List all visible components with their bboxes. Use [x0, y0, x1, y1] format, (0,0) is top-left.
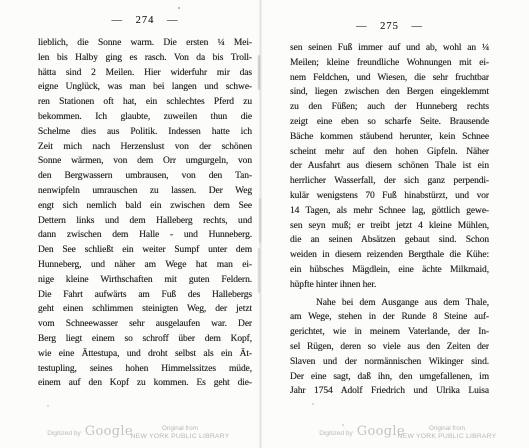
library-name: NEW YORK PUBLIC LIBRARY — [392, 433, 502, 441]
page-header: — 275 — — [290, 21, 489, 32]
text-line: der Ausfahrt aus diesem schönen Thale is… — [290, 159, 489, 174]
text-line: sen seyn muß; er treibt jetzt 4 kleine M… — [290, 219, 489, 234]
library-name: NEW YORK PUBLIC LIBRARY — [125, 433, 235, 441]
page-274: — 274 — lieblich, die Sonne warm. Die er… — [0, 0, 259, 448]
text-line: nige kleine Wirthschaften mit guten Feld… — [38, 273, 252, 288]
text-line: Nahe bei dem Ausgange aus dem Thale, — [290, 296, 489, 311]
scan-speck — [178, 7, 180, 9]
digitized-by-label: Digitized by — [319, 430, 353, 437]
original-from-label: Original from — [125, 425, 235, 433]
scanned-book-spread: — 274 — lieblich, die Sonne warm. Die er… — [0, 0, 529, 448]
text-line: Sonne wärmen, von dem Orr umgurgeln, von — [38, 154, 252, 169]
text-line: len bis Halby ging es rasch. Von da bis … — [38, 51, 252, 66]
text-line: 14 Tagen, als mehr Schnee lag, göttlich … — [290, 204, 489, 219]
text-line: Bäche kommen stäubend herunter, kein Sch… — [290, 130, 489, 145]
text-line: herrlicher Wasserfall, der sich ganz per… — [290, 174, 489, 189]
text-line: ren Stationen oft hat, ein schlechtes Pf… — [38, 95, 252, 110]
text-line: Den See schließt ein weiter Sumpf unter … — [38, 243, 252, 258]
text-line: hätta sind 2 Meilen. Hier widerfuhr mir … — [38, 66, 252, 81]
text-line: bekommen. Ich glaubte, zuweilen thun die — [38, 110, 252, 125]
page-275: — 275 — sen seinen Fuß immer auf und ab,… — [262, 0, 529, 448]
digitized-by-label: Digitized by — [47, 430, 81, 437]
text-line: Schelme dies aus Politik. Indessen hatte… — [38, 125, 252, 140]
text-line: engt sich nemlich bald ein zwischen dem … — [38, 199, 252, 214]
page-header: — 274 — — [38, 15, 252, 26]
text-line: vom Schneewasser sehr ausgelaufen war. D… — [38, 317, 252, 332]
text-line: nenwipfeln umrauschen zu lassen. Der Weg — [38, 184, 252, 199]
text-line: eigne Unglück, was man bei langen und sc… — [38, 80, 252, 95]
scan-speck — [47, 405, 49, 407]
text-line: weiden in diesem reizenden Bergthale die… — [290, 248, 489, 263]
text-line: Berg liegt einem so schroff über dem Kop… — [38, 332, 252, 347]
text-line: einem auf den Kopf zu kommen. Es geht di… — [38, 376, 252, 391]
text-line: sel Rügen, deren so viele aus den Zeiten… — [290, 340, 489, 355]
watermark-row: Digitized by Google Original from NEW YO… — [0, 424, 259, 444]
text-line: Hunneberg, und näher am Wege hat man ei- — [38, 258, 252, 273]
text-line: Jahr 1754 Adolf Friedrich und Ulrika Lui… — [290, 384, 489, 399]
text-line: zu den Füßen; auch der Hunneberg rechts — [290, 100, 489, 115]
text-line: den Bergwassern umbrausen, von den Tan- — [38, 169, 252, 184]
text-line: kulär wenigstens 70 Fuß hinabstürzt, und… — [290, 189, 489, 204]
text-line: gerichtet, wie in meinem Vaterlande, der… — [290, 325, 489, 340]
text-line: ein hübsches Mägdlein, eine ächte Milkma… — [290, 263, 489, 278]
text-line: Dettern links und dem Halleberg rechts, … — [38, 214, 252, 229]
text-line: scheint mehr auf den hohen Gipfeln. Nähe… — [290, 145, 489, 160]
scan-smudge — [258, 248, 260, 293]
scan-smudge — [258, 55, 260, 90]
text-line: am Wege, stehen in der Runde 8 Steine au… — [290, 310, 489, 325]
text-line: Slaven und der normännischen Wikinger si… — [290, 355, 489, 370]
text-line: geht einen schlimmen steinigten Weg, der… — [38, 302, 252, 317]
text-line: sind, liegen zwischen den Bergen eingekl… — [290, 85, 489, 100]
watermark-row: Digitized by Google Original from NEW YO… — [262, 424, 529, 444]
text-line: dann zwischen dem Halle - und Hunneberg. — [38, 228, 252, 243]
text-line: Die Fahrt aufwärts am Fuß des Hallebergs — [38, 288, 252, 303]
text-line: die an seinen Absätzen gebaut sind. Scho… — [290, 233, 489, 248]
text-line: hüpfte hinter ihnen her. — [290, 278, 489, 293]
page-text: lieblich, die Sonne warm. Die ersten ¼ M… — [38, 36, 252, 391]
text-line: Meilen; kleine freundliche Wohnungen mit… — [290, 56, 489, 71]
text-line: zeigt eine eben so scharfe Seite. Brause… — [290, 115, 489, 130]
text-line: Der eine sagt, daß ihn, den umgefallenen… — [290, 370, 489, 385]
text-line: Zeit mich nach Herzenslust von der schön… — [38, 140, 252, 155]
text-line: nem Feldchen, und Wiesen, die sehr fruch… — [290, 71, 489, 86]
page-text: sen seinen Fuß immer auf und ab, wohl an… — [290, 41, 489, 399]
library-watermark: Original from NEW YORK PUBLIC LIBRARY — [392, 425, 502, 441]
text-line: testupling, seines hohen Himmelssitzes m… — [38, 362, 252, 377]
text-line: wie eine Ättestupa, und droht selbst als… — [38, 347, 252, 362]
text-line: lieblich, die Sonne warm. Die ersten ¼ M… — [38, 36, 252, 51]
library-watermark: Original from NEW YORK PUBLIC LIBRARY — [125, 425, 235, 441]
original-from-label: Original from — [392, 425, 502, 433]
text-line: sen seinen Fuß immer auf und ab, wohl an… — [290, 41, 489, 56]
scan-smudge — [259, 198, 261, 243]
